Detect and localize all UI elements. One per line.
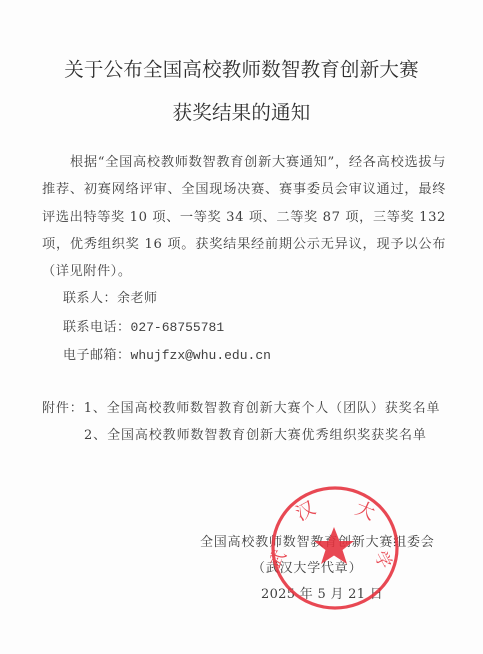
seal-char-da: 大 <box>352 497 378 525</box>
document-title-line1: 关于公布全国高校教师数智教育创新大赛 <box>0 54 483 82</box>
document-page: 关于公布全国高校教师数智教育创新大赛 获奖结果的通知 根据“全国高校教师数智教育… <box>0 0 483 654</box>
attachment-item-1-text: 1、全国高校教师数智教育创新大赛个人（团队）获奖名单 <box>84 401 441 416</box>
contact-phone: 联系电话：027-68755781 <box>63 316 224 335</box>
contact-phone-value: 027-68755781 <box>131 320 225 335</box>
contact-person-label: 联系人： <box>63 291 117 306</box>
attachment-item-2-text: 2、全国高校教师数智教育创新大赛优秀组织奖获奖名单 <box>84 428 427 443</box>
contact-person: 联系人：余老师 <box>63 287 158 306</box>
contact-email-label: 电子邮箱： <box>63 348 131 363</box>
attachment-item-2: 2、全国高校教师数智教育创新大赛优秀组织奖获奖名单 <box>84 424 427 443</box>
signature-seal-note: （武汉大学代章） <box>252 557 362 576</box>
document-title-line2: 获奖结果的通知 <box>0 97 483 125</box>
attachment-label: 附件： <box>42 401 84 416</box>
signature-date: 2025 年 5 月 21 日 <box>261 583 383 602</box>
contact-email: 电子邮箱：whujfzx@whu.edu.cn <box>63 344 271 363</box>
attachment-item-1: 附件：1、全国高校教师数智教育创新大赛个人（团队）获奖名单 <box>42 397 440 416</box>
seal-char-han: 汉 <box>292 497 319 525</box>
contact-email-value[interactable]: whujfzx@whu.edu.cn <box>131 348 271 363</box>
signature-organization: 全国高校教师数智教育创新大赛组委会 <box>200 531 435 550</box>
contact-phone-label: 联系电话： <box>63 320 131 335</box>
seal-char-xue: 学 <box>370 548 396 572</box>
notice-body-paragraph: 根据“全国高校教师数智教育创新大赛通知”，经各高校选拔与推荐、初赛网络评审、全国… <box>42 149 446 285</box>
contact-person-value: 余老师 <box>117 291 158 306</box>
